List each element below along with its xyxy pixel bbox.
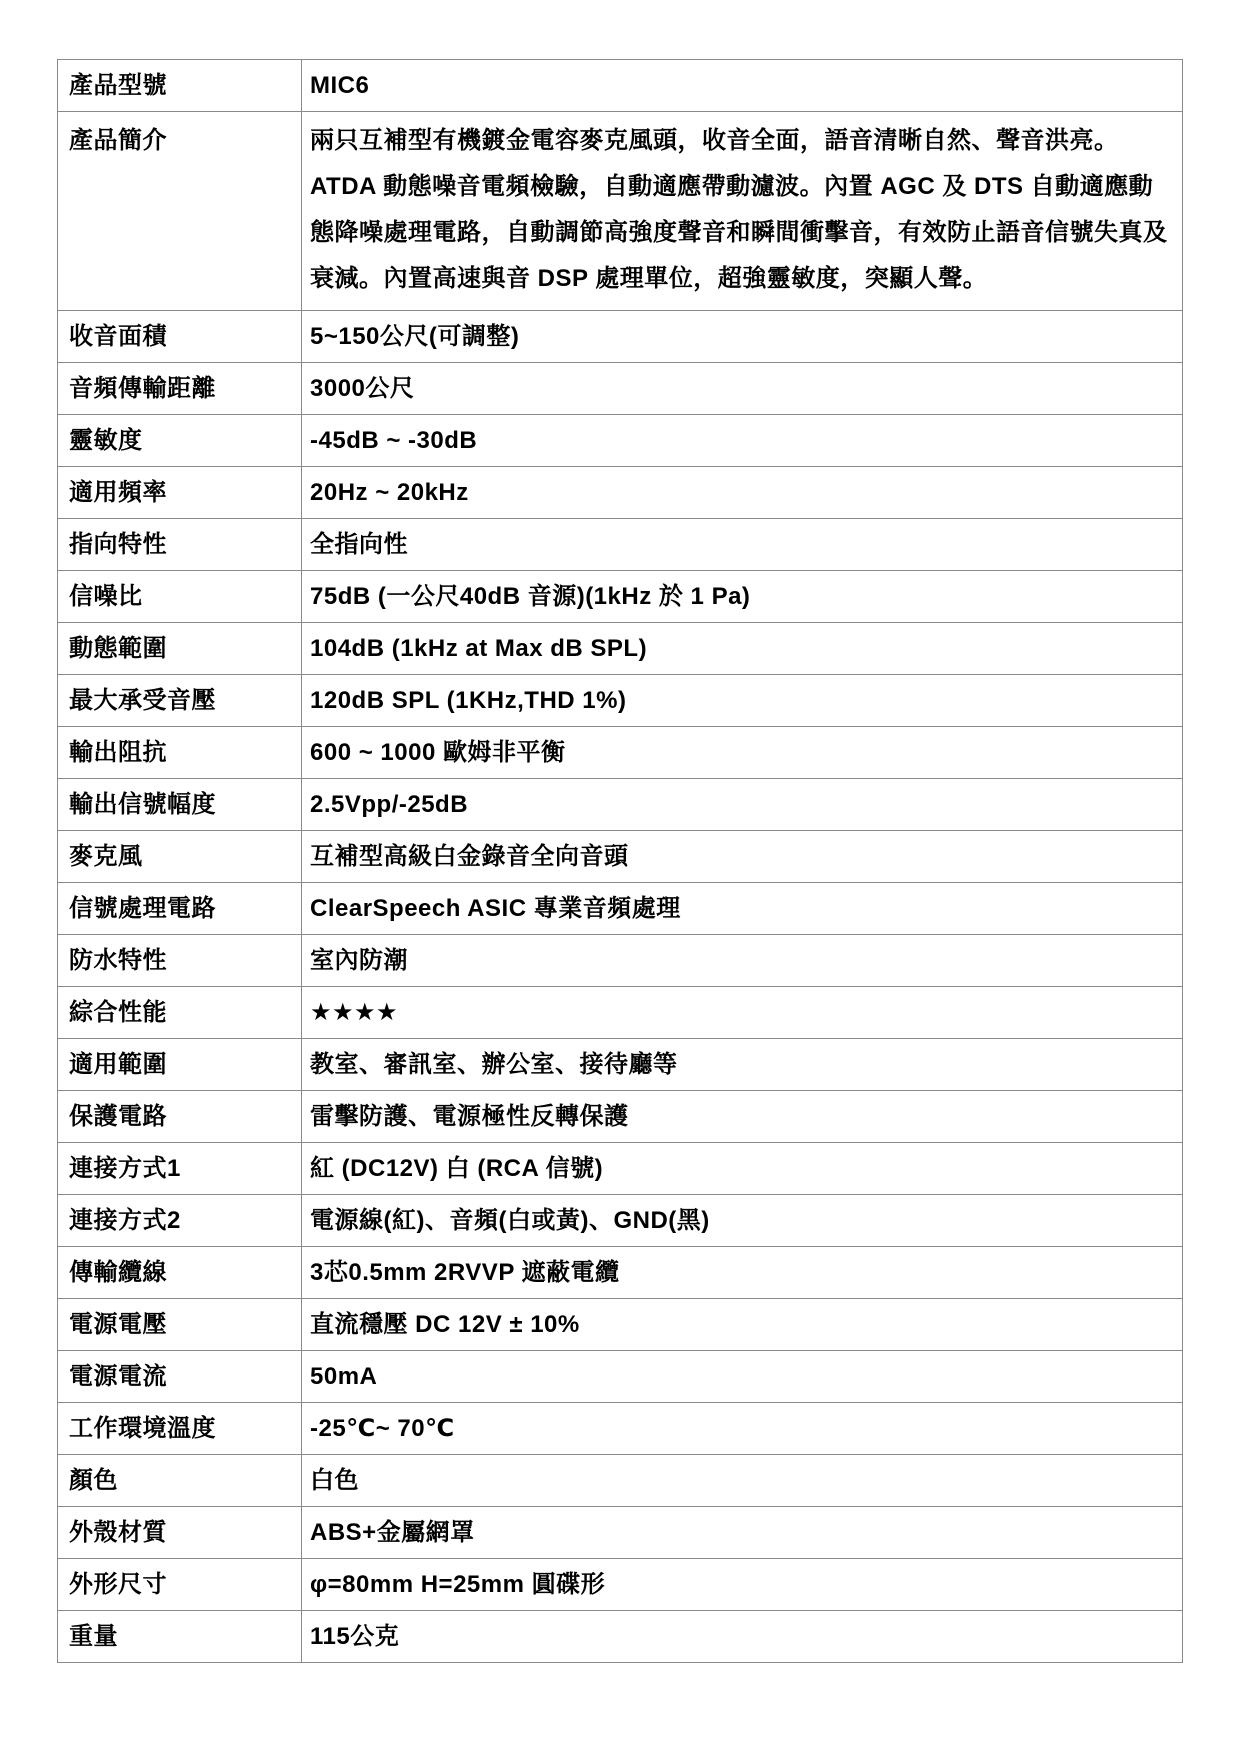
spec-label: 動態範圍 bbox=[58, 623, 302, 675]
spec-label: 產品型號 bbox=[58, 60, 302, 112]
spec-row-connection-1: 連接方式1 紅 (DC12V) 白 (RCA 信號) bbox=[58, 1143, 1183, 1195]
spec-table: 產品型號 MIC6 產品簡介 兩只互補型有機鍍金電容麥克風頭，收音全面，語音清晰… bbox=[57, 59, 1183, 1663]
spec-label: 收音面積 bbox=[58, 311, 302, 363]
spec-row-dynamic-range: 動態範圍 104dB (1kHz at Max dB SPL) bbox=[58, 623, 1183, 675]
spec-value: 直流穩壓 DC 12V ± 10% bbox=[302, 1299, 1183, 1351]
spec-value: ClearSpeech ASIC 專業音頻處理 bbox=[302, 883, 1183, 935]
spec-value: 20Hz ~ 20kHz bbox=[302, 467, 1183, 519]
spec-value: 兩只互補型有機鍍金電容麥克風頭，收音全面，語音清晰自然、聲音洪亮。ATDA 動態… bbox=[302, 112, 1183, 311]
spec-label: 外殼材質 bbox=[58, 1507, 302, 1559]
spec-value: MIC6 bbox=[302, 60, 1183, 112]
spec-row-signal-processing: 信號處理電路 ClearSpeech ASIC 專業音頻處理 bbox=[58, 883, 1183, 935]
spec-row-directivity: 指向特性 全指向性 bbox=[58, 519, 1183, 571]
spec-value: -45dB ~ -30dB bbox=[302, 415, 1183, 467]
spec-value: 電源線(紅)、音頻(白或黃)、GND(黑) bbox=[302, 1195, 1183, 1247]
spec-label: 最大承受音壓 bbox=[58, 675, 302, 727]
spec-row-dimensions: 外形尺寸 φ=80mm H=25mm 圓碟形 bbox=[58, 1559, 1183, 1611]
spec-label: 適用範圍 bbox=[58, 1039, 302, 1091]
spec-row-overall-rating: 綜合性能 ★★★★ bbox=[58, 987, 1183, 1039]
spec-value: 白色 bbox=[302, 1455, 1183, 1507]
spec-row-max-spl: 最大承受音壓 120dB SPL (1KHz,THD 1%) bbox=[58, 675, 1183, 727]
spec-row-sensitivity: 靈敏度 -45dB ~ -30dB bbox=[58, 415, 1183, 467]
spec-row-intro: 產品簡介 兩只互補型有機鍍金電容麥克風頭，收音全面，語音清晰自然、聲音洪亮。AT… bbox=[58, 112, 1183, 311]
spec-value: 室內防潮 bbox=[302, 935, 1183, 987]
spec-row-waterproof: 防水特性 室內防潮 bbox=[58, 935, 1183, 987]
spec-label: 輸出阻抗 bbox=[58, 727, 302, 779]
spec-value: 104dB (1kHz at Max dB SPL) bbox=[302, 623, 1183, 675]
spec-row-operating-temperature: 工作環境溫度 -25℃~ 70℃ bbox=[58, 1403, 1183, 1455]
spec-row-power-current: 電源電流 50mA bbox=[58, 1351, 1183, 1403]
spec-value: φ=80mm H=25mm 圓碟形 bbox=[302, 1559, 1183, 1611]
spec-row-output-impedance: 輸出阻抗 600 ~ 1000 歐姆非平衡 bbox=[58, 727, 1183, 779]
spec-row-frequency-range: 適用頻率 20Hz ~ 20kHz bbox=[58, 467, 1183, 519]
spec-value: 50mA bbox=[302, 1351, 1183, 1403]
spec-label: 信號處理電路 bbox=[58, 883, 302, 935]
spec-value: 全指向性 bbox=[302, 519, 1183, 571]
spec-value: 紅 (DC12V) 白 (RCA 信號) bbox=[302, 1143, 1183, 1195]
spec-label: 連接方式2 bbox=[58, 1195, 302, 1247]
spec-label: 指向特性 bbox=[58, 519, 302, 571]
spec-label: 傳輸纜線 bbox=[58, 1247, 302, 1299]
spec-row-color: 顏色 白色 bbox=[58, 1455, 1183, 1507]
spec-value: 5~150公尺(可調整) bbox=[302, 311, 1183, 363]
spec-row-transmission-distance: 音頻傳輸距離 3000公尺 bbox=[58, 363, 1183, 415]
spec-value: ABS+金屬網罩 bbox=[302, 1507, 1183, 1559]
spec-row-protection-circuit: 保護電路 雷擊防護、電源極性反轉保護 bbox=[58, 1091, 1183, 1143]
spec-label: 電源電流 bbox=[58, 1351, 302, 1403]
spec-label: 信噪比 bbox=[58, 571, 302, 623]
spec-value: 互補型高級白金錄音全向音頭 bbox=[302, 831, 1183, 883]
spec-label: 保護電路 bbox=[58, 1091, 302, 1143]
spec-label: 電源電壓 bbox=[58, 1299, 302, 1351]
spec-row-model: 產品型號 MIC6 bbox=[58, 60, 1183, 112]
spec-label: 靈敏度 bbox=[58, 415, 302, 467]
spec-row-power-voltage: 電源電壓 直流穩壓 DC 12V ± 10% bbox=[58, 1299, 1183, 1351]
spec-value: 120dB SPL (1KHz,THD 1%) bbox=[302, 675, 1183, 727]
spec-row-output-level: 輸出信號幅度 2.5Vpp/-25dB bbox=[58, 779, 1183, 831]
spec-label: 輸出信號幅度 bbox=[58, 779, 302, 831]
spec-label: 產品簡介 bbox=[58, 112, 302, 311]
spec-label: 連接方式1 bbox=[58, 1143, 302, 1195]
spec-label: 工作環境溫度 bbox=[58, 1403, 302, 1455]
spec-row-snr: 信噪比 75dB (一公尺40dB 音源)(1kHz 於 1 Pa) bbox=[58, 571, 1183, 623]
spec-value: -25℃~ 70℃ bbox=[302, 1403, 1183, 1455]
spec-value: 600 ~ 1000 歐姆非平衡 bbox=[302, 727, 1183, 779]
spec-label: 音頻傳輸距離 bbox=[58, 363, 302, 415]
spec-value: 3000公尺 bbox=[302, 363, 1183, 415]
spec-label: 綜合性能 bbox=[58, 987, 302, 1039]
spec-label: 重量 bbox=[58, 1611, 302, 1663]
spec-row-microphone: 麥克風 互補型高級白金錄音全向音頭 bbox=[58, 831, 1183, 883]
spec-label: 外形尺寸 bbox=[58, 1559, 302, 1611]
spec-label: 麥克風 bbox=[58, 831, 302, 883]
spec-row-pickup-area: 收音面積 5~150公尺(可調整) bbox=[58, 311, 1183, 363]
spec-row-connection-2: 連接方式2 電源線(紅)、音頻(白或黃)、GND(黑) bbox=[58, 1195, 1183, 1247]
spec-value: 雷擊防護、電源極性反轉保護 bbox=[302, 1091, 1183, 1143]
spec-value: 115公克 bbox=[302, 1611, 1183, 1663]
spec-label: 適用頻率 bbox=[58, 467, 302, 519]
spec-row-housing-material: 外殼材質 ABS+金屬網罩 bbox=[58, 1507, 1183, 1559]
spec-label: 顏色 bbox=[58, 1455, 302, 1507]
spec-value: 2.5Vpp/-25dB bbox=[302, 779, 1183, 831]
spec-row-cable: 傳輸纜線 3芯0.5mm 2RVVP 遮蔽電纜 bbox=[58, 1247, 1183, 1299]
spec-label: 防水特性 bbox=[58, 935, 302, 987]
spec-document: 產品型號 MIC6 產品簡介 兩只互補型有機鍍金電容麥克風頭，收音全面，語音清晰… bbox=[57, 59, 1183, 1663]
spec-value rating-stars: ★★★★ bbox=[302, 987, 1183, 1039]
spec-row-application: 適用範圍 教室、審訊室、辦公室、接待廳等 bbox=[58, 1039, 1183, 1091]
spec-value: 75dB (一公尺40dB 音源)(1kHz 於 1 Pa) bbox=[302, 571, 1183, 623]
spec-value: 3芯0.5mm 2RVVP 遮蔽電纜 bbox=[302, 1247, 1183, 1299]
spec-row-weight: 重量 115公克 bbox=[58, 1611, 1183, 1663]
spec-value: 教室、審訊室、辦公室、接待廳等 bbox=[302, 1039, 1183, 1091]
